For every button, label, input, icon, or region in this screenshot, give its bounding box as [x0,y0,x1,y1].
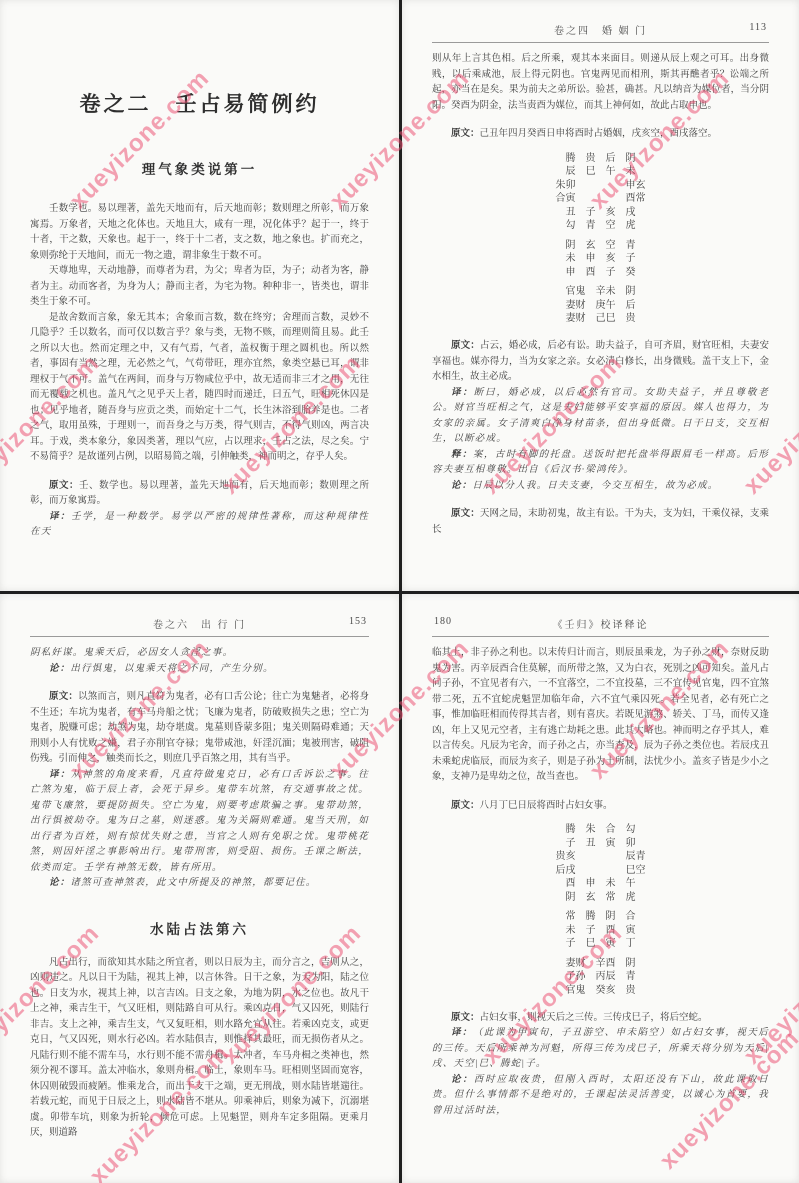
chart-line: 阴 玄 空 青 [556,239,646,253]
paragraph-text: 天尊地卑，天动地静，而尊者为君，为父；卑者为臣，为子；动者为客，静者为主。动而客… [30,266,369,307]
paragraph-text: 占云，婚必成，后必有讼。助夫益子，自可齐眉，财官旺相，夫妻安享福也。媒亦得力，当… [432,341,769,382]
chart-line: 妻财 庚午 后 [556,299,646,313]
paragraph-text: 是故舍数而言象，象无其本；舍象而言数，数在终穷；舍理而言数，灵妙不几隐乎？壬以数… [30,313,369,463]
chart-line: 后戌 巳空 [556,864,646,878]
page-number: 153 [349,616,367,627]
paragraph: 译：（此课为甲寅旬，子丑游空、申未陷空）如占妇女事，视天后的三传。天后所乘神为河… [432,1026,769,1073]
page-body-bottom: 凡占出行，而欲知其水陆之所宜者，则以日辰为主，而分言之，吉则从之，凶则违之。凡以… [30,956,369,1142]
paragraph-text: 壬数学也。易以理著，盖先天地而有，后天地而彰；数则理之所彰，而万象寓焉。万象者，… [30,204,369,261]
chart-line: 妻财 辛酉 阴 [556,957,646,971]
paragraph-label: 论： [49,878,70,888]
page-body-top: 临其上，非子孙之利也。以末传归计而言，则辰虽乘龙，为子孙之财，奈财反助鬼为害。丙… [432,646,769,814]
page-content: 卷之六 出 行 门 153 阴私奸谋。鬼乘天后，必因女人贪淫之事。 论：出行惧鬼… [0,610,399,1142]
chart-line: 酉 申 未 午 [556,877,646,891]
running-header: 卷之四 婚 姻 门 113 [432,16,769,43]
chart-line: 辰 巳 午 未 [556,165,646,179]
paragraph-text: 从神煞的角度来看，凡直符做鬼克日，必有口舌诉讼之事。往亡煞为鬼，临于辰上者，会死… [30,770,369,873]
paragraph-label: 论： [451,481,472,491]
chart-line: 未 子 酉 寅 [556,924,646,938]
paragraph-label: 论： [49,664,70,674]
section-heading: 理气象类说第一 [30,158,369,178]
page-number: 113 [749,22,767,33]
paragraph: 论：日辰以分人我。日夫支妻，今交互相生，故为必成。 [432,479,769,495]
running-header-title: 卷之六 出 行 门 [30,616,369,631]
page-content: 180 《壬归》校译释论 临其上，非子孙之利也。以末传归计而言，则辰虽乘龙，为子… [402,610,799,1119]
paragraph-label: 原文： [451,1013,480,1023]
paragraph-label: 原文： [451,129,480,139]
chart-line: 腾 贵 后 阴 [556,152,646,166]
chart-lines: 腾 朱 合 勾 子 丑 寅 卯 贵亥 辰青 后戌 巳空 酉 申 未 午 阴 玄 … [556,823,646,997]
chart-line: 勾 青 空 虎 [556,219,646,233]
page-body-bottom: 原文：占云，婚必成，后必有讼。助夫益子，自可齐眉，财官旺相，夫妻安享福也。媒亦得… [432,339,769,538]
liuren-course-chart: 腾 朱 合 勾 子 丑 寅 卯 贵亥 辰青 后戌 巳空 酉 申 未 午 阴 玄 … [432,823,769,998]
running-header-title: 卷之四 婚 姻 门 [432,22,769,37]
chart-line: 丑 子 亥 戌 [556,206,646,220]
page-body: 壬数学也。易以理著，盖先天地而有，后天地而彰；数则理之所彰，而万象寓焉。万象者，… [30,202,369,541]
paragraph-label: 译： [451,1028,473,1038]
paragraph-label: 论： [451,1075,474,1085]
paragraph-label: 原文： [451,509,480,519]
page-body-top: 阴私奸谋。鬼乘天后，必因女人贪淫之事。 论：出行惧鬼，以鬼乘天将之不同，产生分别… [30,646,369,892]
chart-line: 合寅 酉常 [556,192,646,206]
chart-line: 子 巳 寅 丁 [556,937,646,951]
paragraph-text: 诸煞可查神煞表，此文中所提及的神煞，都要记住。 [70,878,316,888]
paragraph: 论：酉时应取夜贵，但刚入酉时，太阳还没有下山，故此课取日贵。但什么事情都不是绝对… [432,1073,769,1120]
paragraph: 译：断曰，婚必成，以后必然有官司。女助夫益子，并且尊敬老公。财官当旺相之气，这是… [432,386,769,448]
paragraph: 是故舍数而言象，象无其本；舍象而言数，数在终穷；舍理而言数，灵妙不几隐乎？壬以数… [30,311,369,466]
chart-lines: 腾 贵 后 阴 辰 巳 午 未 朱卯 申玄 合寅 酉常 丑 子 亥 戌 勾 青 … [556,152,646,326]
paragraph: 原文：八月丁巳日辰将酉时占妇女事。 [432,799,769,815]
paragraph: 释：案，古时有脚的托盘。送饭时把托盘举得跟眉毛一样高。后形容夫妻互相尊敬。出自《… [432,448,769,479]
paragraph-label: 译： [49,512,71,522]
liuren-course-chart: 腾 贵 后 阴 辰 巳 午 未 朱卯 申玄 合寅 酉常 丑 子 亥 戌 勾 青 … [432,152,769,327]
paragraph: 译：从神煞的角度来看，凡直符做鬼克日，必有口舌诉讼之事。往亡煞为鬼，临于辰上者，… [30,768,369,877]
paragraph: 凡占出行，而欲知其水陆之所宜者，则以日辰为主，而分言之，吉则从之，凶则违之。凡以… [30,956,369,1142]
running-header: 卷之六 出 行 门 153 [30,610,369,637]
paragraph-text: 壬学，是一种数学。易学以严密的规律性著称，而这种规律性在天 [30,512,369,538]
chart-line: 阴 玄 常 虎 [556,891,646,905]
chart-line: 妻财 己巳 贵 [556,312,646,326]
page-top-right: 卷之四 婚 姻 门 113 则从年上言其色相。后之所乘，观其本来面目。则递从辰上… [402,0,799,591]
paragraph: 论：出行惧鬼，以鬼乘天将之不同，产生分别。 [30,662,369,678]
chart-line: 官鬼 辛未 阴 [556,285,646,299]
paragraph: 天尊地卑，天动地静，而尊者为君，为父；卑者为臣，为子；动者为客，静者为主。动而客… [30,264,369,311]
paragraph-text: 则从年上言其色相。后之所乘，观其本来面目。则递从辰上观之可耳。出身微贱，以后乘咸… [432,54,769,111]
paragraph: 原文：以煞而言，则凡直符为鬼者，必有口舌公论；往亡为鬼魅者，必将身不生还；车坑为… [30,690,369,768]
paragraph: 原文：占云，婚必成，后必有讼。助夫益子，自可齐眉，财官旺相，夫妻安享福也。媒亦得… [432,339,769,386]
paragraph: 原文：壬、数学也。易以理著，盖先天地而有，后天地而彰；数则理之所彰，而万象寓焉。 [30,479,369,510]
chapter-title: 卷之二 壬占易简例约 [30,88,369,118]
paragraph-text: 酉时应取夜贵，但刚入酉时，太阳还没有下山，故此课取日贵。但什么事情都不是绝对的，… [432,1075,769,1116]
paragraph: 阴私奸谋。鬼乘天后，必因女人贪淫之事。 [30,646,369,662]
chart-line: 常 腾 阴 合 [556,910,646,924]
paragraph: 则从年上言其色相。后之所乘，观其本来面目。则递从辰上观之可耳。出身微贱，以后乘咸… [432,52,769,114]
chart-line: 腾 朱 合 勾 [556,823,646,837]
paragraph: 临其上，非子孙之利也。以末传归计而言，则辰虽乘龙，为子孙之财，奈财反助鬼为害。丙… [432,646,769,786]
paragraph-text: 壬、数学也。易以理著，盖先天地而有，后天地而彰；数则理之所彰，而万象寓焉。 [30,481,369,507]
paragraph-text: 凡占出行，而欲知其水陆之所宜者，则以日辰为主，而分言之，吉则从之，凶则违之。凡以… [30,958,369,1139]
page-body-bottom: 原文：占妇女事，则视天后之三传。三传戌巳子，将后空蛇。 译：（此课为甲寅旬，子丑… [432,1011,769,1120]
paragraph-text: 己丑年四月癸酉日申将酉时占婚姻，戌亥空，酉戌落空。 [480,129,718,139]
paragraph-text: （此课为甲寅旬，子丑游空、申未陷空）如占妇女事，视天后的三传。天后所乘神为河魁，… [432,1028,769,1069]
chart-line: 子孙 丙辰 青 [556,970,646,984]
paragraph-label: 译： [451,388,474,398]
paragraph-text: 出行惧鬼，以鬼乘天将之不同，产生分别。 [70,664,273,674]
paragraph-label: 译： [49,770,71,780]
paragraph-text: 断曰，婚必成，以后必然有官司。女助夫益子，并且尊敬老公。财官当旺相之气，这是夫妇… [432,388,769,445]
page-top-left: 卷之二 壬占易简例约 理气象类说第一 壬数学也。易以理著，盖先天地而有，后天地而… [0,0,399,591]
paragraph-label: 原文： [49,481,79,491]
page-content: 卷之四 婚 姻 门 113 则从年上言其色相。后之所乘，观其本来面目。则递从辰上… [402,16,799,538]
paragraph-text: 日辰以分人我。日夫支妻，今交互相生，故为必成。 [472,481,718,491]
chart-line: 子 丑 寅 卯 [556,837,646,851]
paragraph-label: 原文： [451,801,480,811]
chart-line: 朱卯 申玄 [556,179,646,193]
running-header: 180 《壬归》校译释论 [432,610,769,637]
page-body-top: 则从年上言其色相。后之所乘，观其本来面目。则递从辰上观之可耳。出身微贱，以后乘咸… [432,52,769,143]
paragraph-text: 占妇女事，则视天后之三传。三传戌巳子，将后空蛇。 [480,1013,708,1023]
paragraph: 译：壬学，是一种数学。易学以严密的规律性著称，而这种规律性在天 [30,510,369,541]
paragraph: 原文：占妇女事，则视天后之三传。三传戌巳子，将后空蛇。 [432,1011,769,1027]
chart-line: 贵亥 辰青 [556,850,646,864]
paragraph-text: 天网之局，末助初鬼，故主有讼。干为夫，支为妇，干乘仪禄，支乘长 [432,509,769,535]
page-content: 卷之二 壬占易简例约 理气象类说第一 壬数学也。易以理著，盖先天地而有，后天地而… [0,88,399,541]
paragraph: 论：诸煞可查神煞表，此文中所提及的神煞，都要记住。 [30,876,369,892]
paragraph-text: 阴私奸谋。鬼乘天后，必因女人贪淫之事。 [30,648,233,658]
page-bottom-right: 180 《壬归》校译释论 临其上，非子孙之利也。以末传归计而言，则辰虽乘龙，为子… [402,594,799,1183]
paragraph-label: 原文： [49,692,78,702]
paragraph-text: 案，古时有脚的托盘。送饭时把托盘举得跟眉毛一样高。后形容夫妻互相尊敬。出自《后汉… [432,450,769,476]
chart-line: 申 酉 子 癸 [556,266,646,280]
book-spread-viewer: 卷之二 壬占易简例约 理气象类说第一 壬数学也。易以理著，盖先天地而有，后天地而… [0,0,799,1183]
paragraph: 原文：天网之局，末助初鬼，故主有讼。干为夫，支为妇，干乘仪禄，支乘长 [432,507,769,538]
running-header-title: 《壬归》校译释论 [432,616,769,631]
paragraph: 壬数学也。易以理著，盖先天地而有，后天地而彰；数则理之所彰，而万象寓焉。万象者，… [30,202,369,264]
paragraph-text: 临其上，非子孙之利也。以末传归计而言，则辰虽乘龙，为子孙之财，奈财反助鬼为害。丙… [432,648,769,782]
paragraph: 原文：己丑年四月癸酉日申将酉时占婚姻，戌亥空，酉戌落空。 [432,127,769,143]
chart-line: 未 申 亥 子 [556,252,646,266]
paragraph-text: 八月丁巳日辰将酉时占妇女事。 [480,801,613,811]
page-bottom-left: 卷之六 出 行 门 153 阴私奸谋。鬼乘天后，必因女人贪淫之事。 论：出行惧鬼… [0,594,399,1183]
section-heading: 水陆占法第六 [30,918,369,938]
chart-line: 官鬼 癸亥 贵 [556,984,646,998]
paragraph-label: 释： [451,450,473,460]
paragraph-label: 原文： [451,341,480,351]
paragraph-text: 以煞而言，则凡直符为鬼者，必有口舌公论；往亡为鬼魅者，必将身不生还；车坑为鬼者，… [30,692,369,764]
